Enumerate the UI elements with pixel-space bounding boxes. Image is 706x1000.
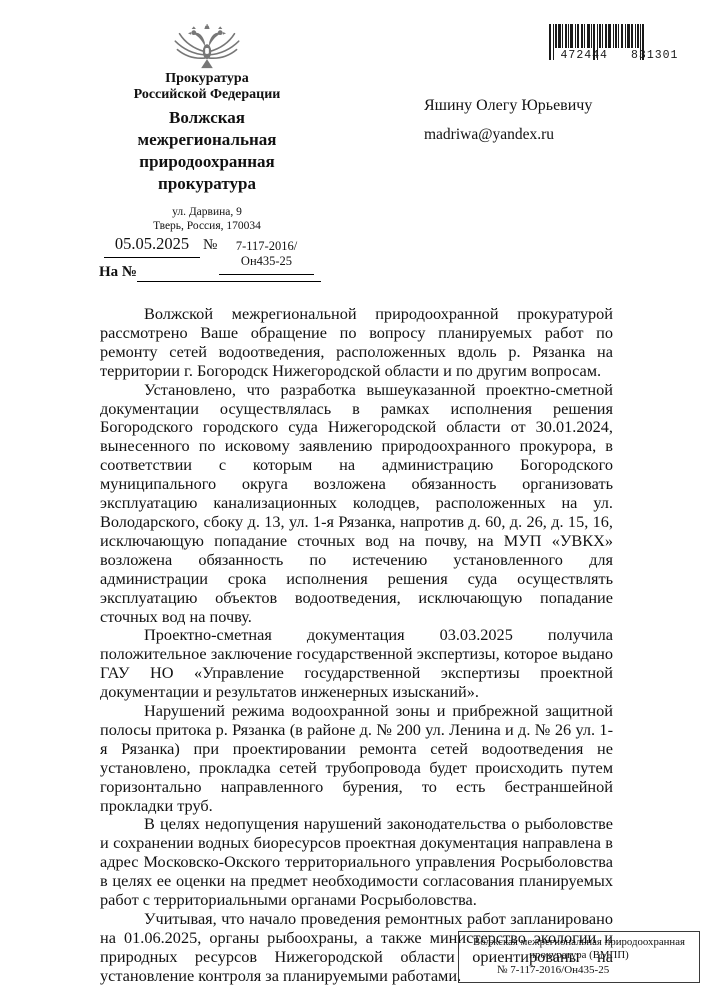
letterhead-name-line2: межрегиональная	[88, 129, 326, 151]
letterhead-name-line4: прокуратура	[88, 173, 326, 195]
letterhead-org-line2: Российской Федерации	[88, 87, 326, 103]
reply-to-blank-line	[137, 264, 321, 282]
paragraph-5: В целях недопущения нарушений законодате…	[100, 815, 613, 910]
stamp-title: Волжская межрегиональная природоохранная…	[467, 936, 691, 961]
document-date: 05.05.2025	[104, 234, 200, 258]
letterhead-name-line3: природоохранная	[88, 151, 326, 173]
paragraph-4: Нарушений режима водоохранной зоны и при…	[100, 702, 613, 815]
letterhead-address: ул. Дарвина, 9 Тверь, Россия, 170034	[88, 205, 326, 233]
barcode-digits: 472444 831301	[549, 49, 690, 62]
letterhead-name: Волжская межрегиональная природоохранная…	[88, 107, 326, 195]
number-sign: №	[203, 237, 217, 254]
letterhead: Прокуратура Российской Федерации Волжска…	[88, 71, 326, 233]
addressee-email: madriwa@yandex.ru	[424, 126, 554, 144]
registration-stamp: Волжская межрегиональная природоохранная…	[458, 931, 700, 983]
paragraph-2: Установлено, что разработка вышеуказанно…	[100, 381, 613, 627]
coat-of-arms-eagle-icon	[170, 23, 244, 73]
barcode-digits-left: 472444	[549, 49, 620, 62]
letterhead-address-line2: Тверь, Россия, 170034	[88, 219, 326, 233]
reply-to-label: На №	[99, 264, 137, 281]
addressee-name: Яшину Олегу Юрьевичу	[424, 97, 592, 115]
postal-barcode: 472444 831301	[549, 24, 690, 64]
letterhead-name-line1: Волжская	[88, 107, 326, 129]
stamp-number: № 7-117-2016/Он435-25	[467, 964, 691, 977]
paragraph-1: Волжской межрегиональной природоохранной…	[100, 305, 613, 381]
letterhead-address-line1: ул. Дарвина, 9	[88, 205, 326, 219]
document-page: Прокуратура Российской Федерации Волжска…	[0, 0, 706, 1000]
barcode-digits-right: 831301	[620, 49, 691, 62]
letter-body: Волжской межрегиональной природоохранной…	[100, 305, 613, 986]
letterhead-org-line1: Прокуратура	[88, 71, 326, 87]
paragraph-3: Проектно-сметная документация 03.03.2025…	[100, 626, 613, 702]
